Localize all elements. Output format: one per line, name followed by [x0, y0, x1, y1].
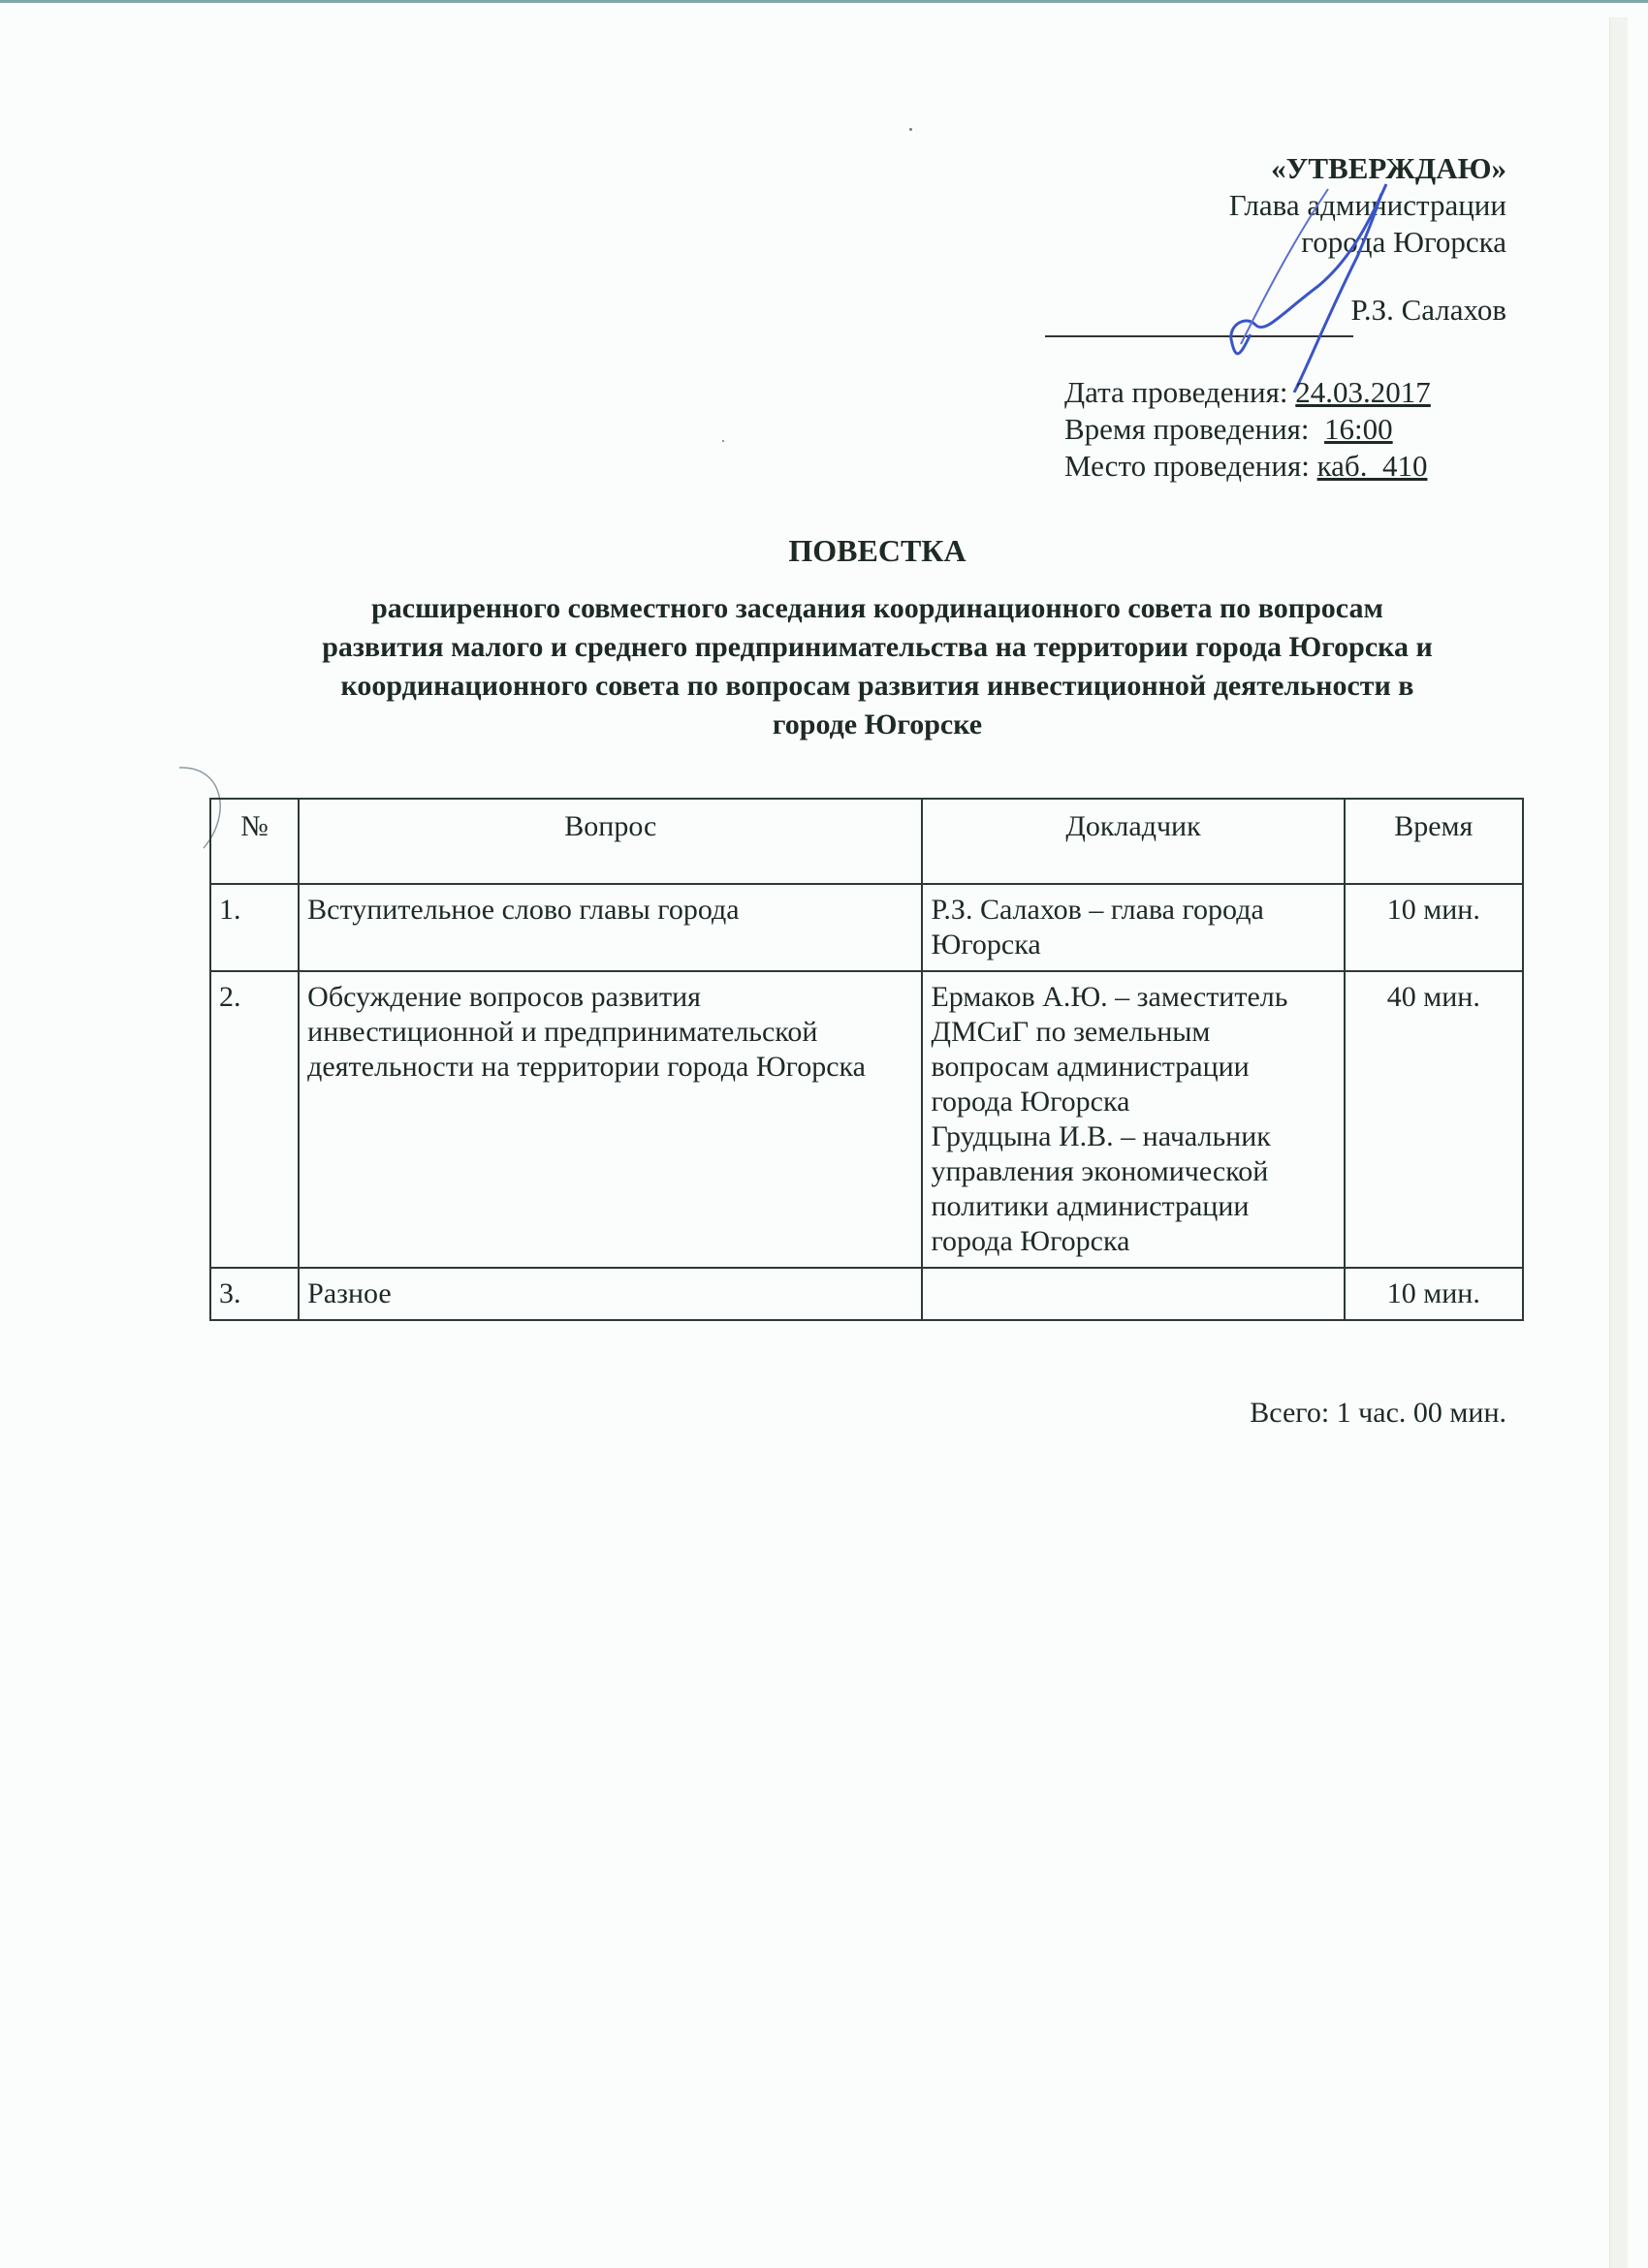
agenda-table: № Вопрос Докладчик Время 1. Вступительно…	[209, 798, 1524, 1321]
row-speaker: Р.З. Салахов – глава города Югорска	[922, 884, 1344, 971]
row-number: 1.	[210, 884, 299, 971]
document-subtitle: расширенного совместного заседания коорд…	[233, 589, 1522, 744]
table-row: 3. Разное 10 мин.	[210, 1268, 1523, 1320]
meeting-date-value: 24.03.2017	[1295, 375, 1431, 409]
scan-top-edge	[0, 0, 1648, 3]
row-question: Разное	[299, 1268, 922, 1320]
row-speaker: Ермаков А.Ю. – заместитель ДМСиГ по земе…	[922, 971, 1344, 1268]
row-speaker	[922, 1268, 1344, 1320]
meeting-place-value: каб. 410	[1317, 449, 1428, 483]
row-number: 3.	[210, 1268, 299, 1320]
table-row: 2. Обсуждение вопросов развития инвестиц…	[210, 971, 1523, 1268]
meeting-details: Дата проведения: 24.03.2017 Время провед…	[1064, 374, 1431, 485]
scan-paper-edge	[1609, 17, 1628, 2268]
table-header-row: № Вопрос Докладчик Время	[210, 799, 1523, 884]
handwritten-signature-icon	[1202, 170, 1396, 393]
row-time: 10 мин.	[1345, 884, 1523, 971]
document-title: ПОВЕСТКА	[233, 531, 1522, 570]
meeting-time-value: 16:00	[1324, 412, 1393, 446]
scan-speck	[909, 128, 912, 131]
row-number: 2.	[210, 971, 299, 1268]
row-question: Обсуждение вопросов развития инвестицион…	[299, 971, 922, 1268]
header-time: Время	[1345, 799, 1523, 884]
scan-speck	[722, 440, 724, 442]
meeting-place: Место проведения: каб. 410	[1064, 448, 1431, 485]
row-time: 40 мин.	[1345, 971, 1523, 1268]
meeting-time: Время проведения: 16:00	[1064, 411, 1431, 448]
header-speaker: Докладчик	[922, 799, 1344, 884]
header-question: Вопрос	[299, 799, 922, 884]
row-time: 10 мин.	[1345, 1268, 1523, 1320]
header-number: №	[210, 799, 299, 884]
meeting-date: Дата проведения: 24.03.2017	[1064, 374, 1431, 411]
document-heading: ПОВЕСТКА расширенного совместного заседа…	[233, 531, 1522, 744]
table-row: 1. Вступительное слово главы города Р.З.…	[210, 884, 1523, 971]
total-duration: Всего: 1 час. 00 мин.	[1250, 1397, 1506, 1430]
row-question: Вступительное слово главы города	[299, 884, 922, 971]
